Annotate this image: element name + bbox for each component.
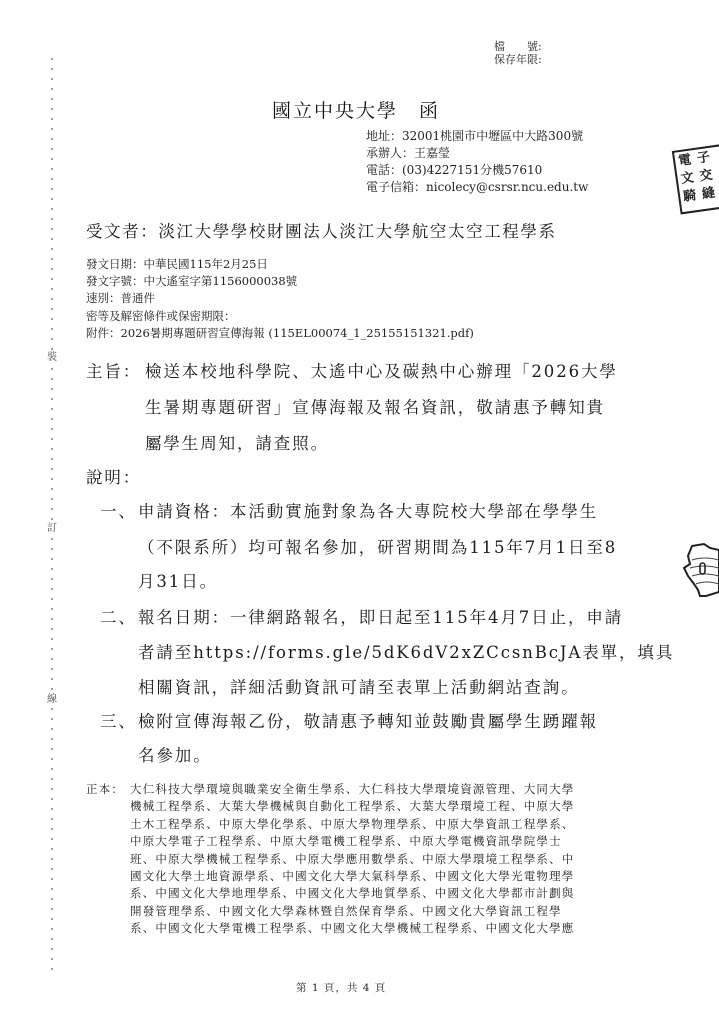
- attachment-link[interactable]: 附件：2026暑期專題研習宣傳海報 (115EL00074_1_25155151…: [86, 325, 474, 342]
- stamp-char: 縫: [701, 187, 716, 203]
- subject-label: 主旨：: [86, 362, 141, 382]
- cc-line: 系、中國文化大學電機工程學系、中國文化大學機械工程學系、中國文化大學應: [130, 920, 575, 937]
- item-1-line-1: 申請資格：本活動實施對象為各大專院校大學部在學學生: [138, 502, 598, 522]
- cc-line: 系、中國文化大學地理學系、中國文化大學地質學系、中國文化大學都市計劃與: [130, 885, 575, 902]
- explanation-label: 說明：: [86, 468, 141, 488]
- document-number: 發文字號：中大遙室字第1156000038號: [86, 273, 474, 290]
- contact-phone: 電話：(03)4227151分機57610: [366, 162, 588, 179]
- stamp-char: 交: [699, 169, 714, 185]
- item-2-line-1: 報名日期：一律網路報名，即日起至115年4月7日止，申請: [138, 608, 623, 628]
- cc-line: 國文化大學土地資源學系、中國文化大學大氣科學系、中國文化大學光電物理學: [130, 868, 575, 885]
- security-level: 密等及解密條件或保密期限：: [86, 308, 474, 325]
- meta-fields: 發文日期：中華民國115年2月25日 發文字號：中大遙室字第1156000038…: [86, 256, 474, 342]
- cc-label: 正本：: [86, 781, 124, 798]
- cc-line: 開發管理學系、中國文化大學森林暨自然保育學系、中國文化大學資訊工程學: [130, 903, 575, 920]
- item-1-line-2: （不限系所）均可報名參加，研習期間為115年7月1日至8: [138, 538, 617, 558]
- stamp-char: 子: [696, 151, 711, 167]
- contact-email[interactable]: 電子信箱：nicolecy@csrsr.ncu.edu.tw: [366, 179, 588, 196]
- cc-list: 大仁科技大學環境與職業安全衛生學系、大仁科技大學環境資源管理、大同大學 機械工程…: [130, 781, 575, 938]
- issue-date: 發文日期：中華民國115年2月25日: [86, 256, 474, 273]
- stamp-char: 電: [677, 154, 692, 170]
- binding-mark-zhuang: 裝: [45, 352, 59, 364]
- contact-address: 地址：32001桃園市中壢區中大路300號: [366, 128, 588, 145]
- file-number-label: 檔 號:: [494, 40, 542, 53]
- binding-margin-line: [51, 58, 53, 972]
- page-indicator: 第 1 頁，共 4 頁: [296, 980, 386, 995]
- item-2-line-3: 相關資訊，詳細活動資訊可請至表單上活動網站查詢。: [138, 678, 580, 698]
- delivery-speed: 速別：普通件: [86, 290, 474, 307]
- subject-line-3: 屬學生周知，請查照。: [145, 434, 329, 454]
- binding-mark-xian: 線: [45, 694, 59, 706]
- item-3-line-2: 名參加。: [138, 746, 212, 766]
- cc-line: 中原大學電子工程學系、中原大學電機工程學系、中原大學電機資訊學院學士: [130, 833, 575, 850]
- binding-mark-ding: 訂: [45, 523, 59, 535]
- item-3-number: 三、: [100, 712, 137, 732]
- contact-handler: 承辦人：王嘉瑩: [366, 145, 588, 162]
- cc-line: 大仁科技大學環境與職業安全衛生學系、大仁科技大學環境資源管理、大同大學: [130, 781, 575, 798]
- contact-block: 地址：32001桃園市中壢區中大路300號 承辦人：王嘉瑩 電話：(03)422…: [366, 128, 588, 196]
- item-3-line-1: 檢附宣傳海報乙份，敬請惠予轉知並鼓勵貴屬學生踴躍報: [138, 712, 598, 732]
- subject-line-1: 檢送本校地科學院、太遙中心及碳熱中心辦理「2026大學: [145, 362, 618, 382]
- cc-line: 機械工程學系、大葉大學機械與自動化工程學系、大葉大學環境工程、中原大學: [130, 798, 575, 815]
- retention-period-label: 保存年限:: [494, 53, 542, 66]
- subject-line-2: 生暑期專題研習」宣傳海報及報名資訊，敬請惠予轉知貴: [145, 398, 605, 418]
- electronic-seam-stamp: 電 文 騎 子 交 縫: [672, 144, 719, 215]
- stamp-char: 文: [680, 171, 695, 187]
- item-2-number: 二、: [100, 608, 137, 628]
- seal-fragment-icon: [670, 540, 719, 600]
- stamp-char: 騎: [682, 189, 697, 205]
- item-1-line-3: 月31日。: [138, 572, 218, 592]
- recipient: 受文者：淡江大學學校財團法人淡江大學航空太空工程學系: [86, 218, 557, 242]
- cc-line: 班、中原大學機械工程學系、中原大學應用數學系、中原大學環境工程學系、中: [130, 851, 575, 868]
- cc-line: 土木工程學系、中原大學化學系、中原大學物理學系、中原大學資訊工程學系、: [130, 816, 575, 833]
- item-2-line-2[interactable]: 者請至https://forms.gle/5dK6dV2xZCcsnBcJA表單…: [138, 643, 674, 663]
- document-title: 國立中央大學 函: [272, 96, 440, 123]
- item-1-number: 一、: [100, 502, 137, 522]
